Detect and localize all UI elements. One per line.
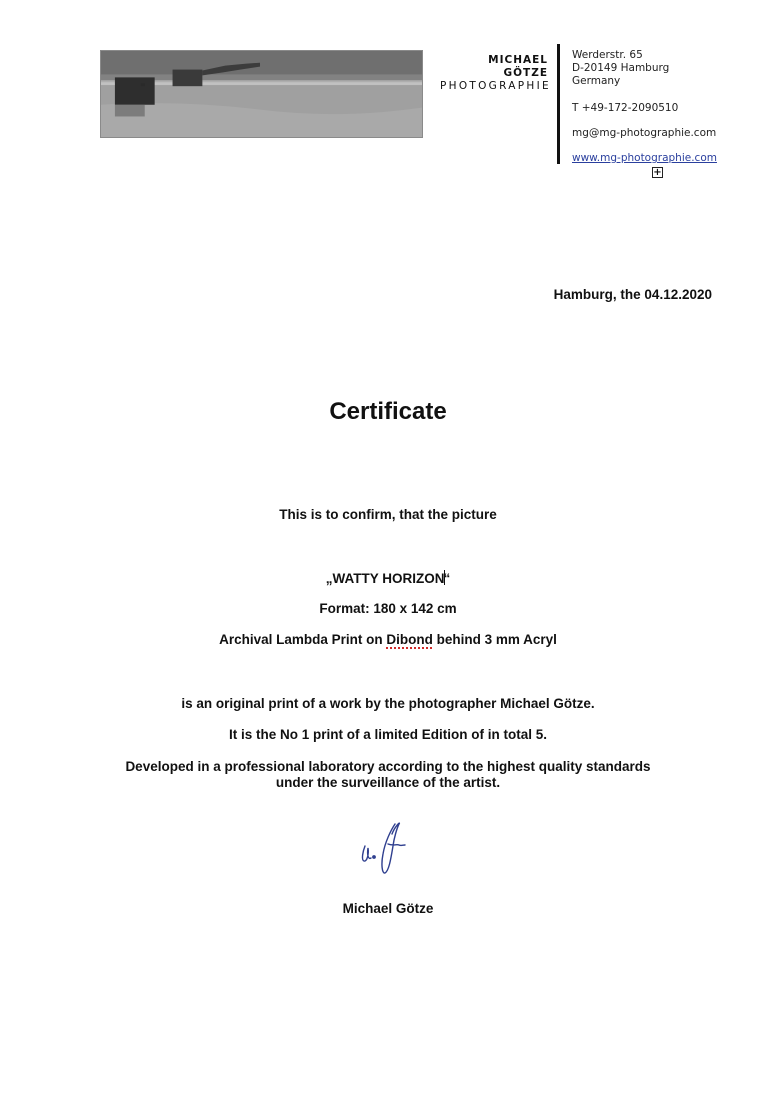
contact-block: Werderstr. 65 D-20149 Hamburg Germany T … xyxy=(572,49,717,165)
phone-number: T +49-172-2090510 xyxy=(572,102,717,115)
material-text-after: behind 3 mm Acryl xyxy=(433,632,557,647)
brand-block: MICHAEL GÖTZE PHOTOGRAPHIE xyxy=(440,54,548,93)
address-city: D-20149 Hamburg xyxy=(572,62,717,75)
address-country: Germany xyxy=(572,75,717,88)
material-line: Archival Lambda Print on Dibond behind 3… xyxy=(0,632,768,648)
edition-statement: It is the No 1 print of a limited Editio… xyxy=(0,727,768,743)
artwork-title-close-quote: “ xyxy=(444,571,451,586)
certificate-page: MICHAEL GÖTZE PHOTOGRAPHIE Werderstr. 65… xyxy=(0,0,768,1095)
beach-groyne-image xyxy=(101,51,422,137)
original-print-statement: is an original print of a work by the ph… xyxy=(0,696,768,712)
lab-statement-line1: Developed in a professional laboratory a… xyxy=(0,759,768,775)
lab-statement-line2: under the surveillance of the artist. xyxy=(0,775,768,791)
date-line: Hamburg, the 04.12.2020 xyxy=(554,287,712,302)
artwork-title[interactable]: „WATTY HORIZON“ xyxy=(0,570,768,587)
certificate-title: Certificate xyxy=(0,398,768,426)
plus-cursor-icon: + xyxy=(652,167,663,178)
signer-name: Michael Götze xyxy=(0,901,768,917)
brand-name: MICHAEL GÖTZE xyxy=(440,54,548,80)
address-street: Werderstr. 65 xyxy=(572,49,717,62)
email-address[interactable]: mg@mg-photographie.com xyxy=(572,127,717,140)
header-divider xyxy=(557,44,560,164)
material-text-before: Archival Lambda Print on xyxy=(219,632,386,647)
website-link[interactable]: www.mg-photographie.com xyxy=(572,152,717,165)
artwork-title-text: „WATTY HORIZON xyxy=(326,571,445,586)
intro-text: This is to confirm, that the picture xyxy=(0,507,768,523)
header-photo xyxy=(100,50,423,138)
format-line: Format: 180 x 142 cm xyxy=(0,601,768,617)
brand-subtitle: PHOTOGRAPHIE xyxy=(440,80,548,93)
signature-icon xyxy=(355,818,415,880)
spellcheck-flagged-word[interactable]: Dibond xyxy=(386,632,433,647)
